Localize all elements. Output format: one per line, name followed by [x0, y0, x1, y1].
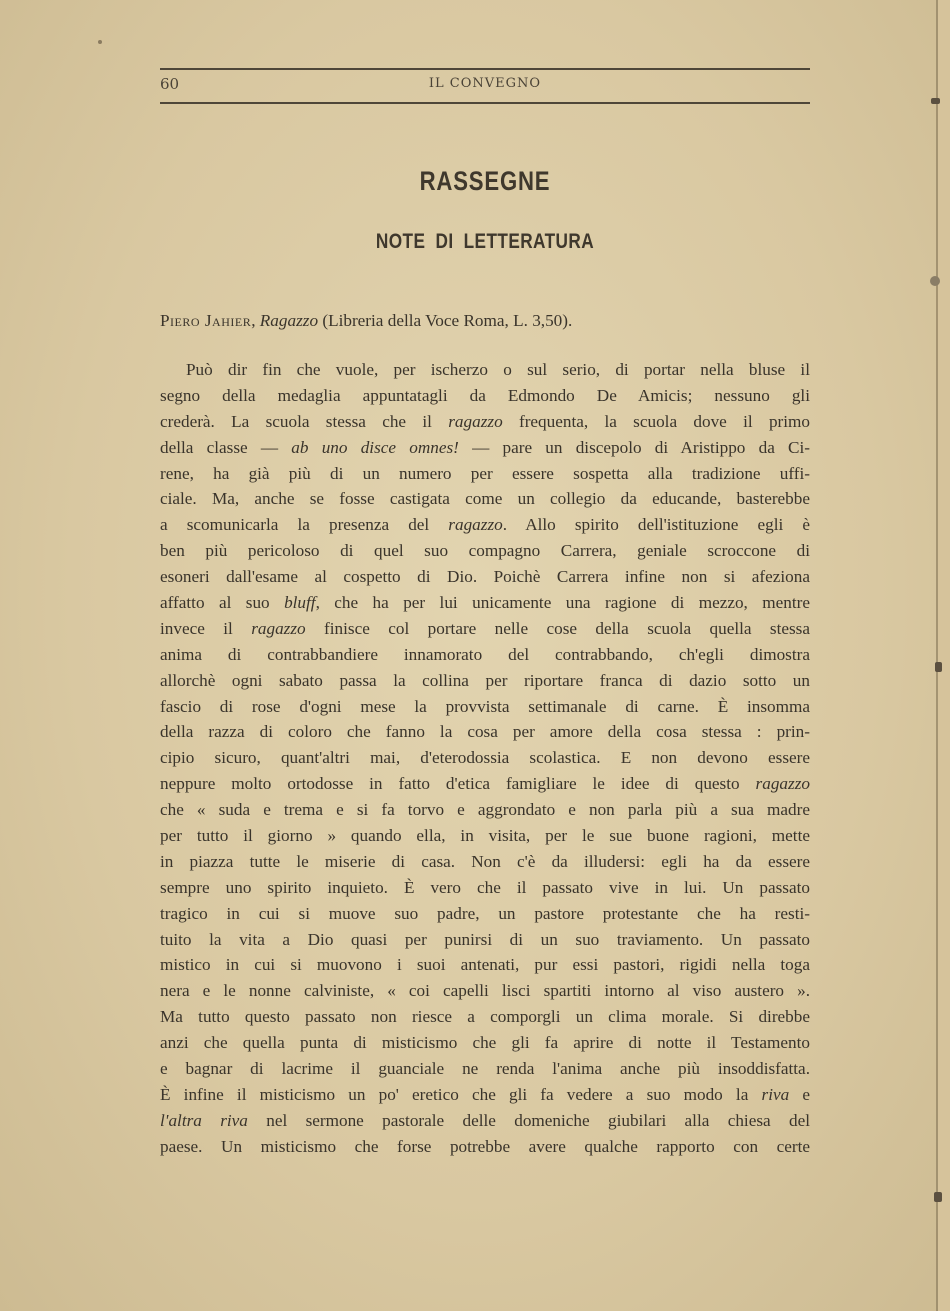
text-run: Ma tutto questo passato non riesce a com… [160, 1007, 810, 1026]
text-line: allorchè ogni sabato passa la collina pe… [160, 668, 810, 694]
text-line: della razza di coloro che fanno la cosa … [160, 719, 810, 745]
text-line: fascio di rose d'ogni mese la provvista … [160, 694, 810, 720]
text-run: , che ha per lui unicamente una ragione … [316, 593, 810, 612]
text-line: tragico in cui si muove suo padre, un pa… [160, 901, 810, 927]
page-edge-line [936, 0, 938, 1311]
text-run: affatto al suo [160, 593, 284, 612]
text-run: della razza di coloro che fanno la cosa … [160, 722, 810, 741]
text-run: tragico in cui si muove suo padre, un pa… [160, 904, 810, 923]
binding-mark [935, 662, 942, 672]
text-line: ben più pericoloso di quel suo compagno … [160, 538, 810, 564]
dust-spot [98, 40, 102, 44]
text-run: frequenta, la scuola dove il primo [503, 412, 810, 431]
text-run: anima di contrabbandiere innamorato del … [160, 645, 810, 664]
book-citation: Piero Jahier, Ragazzo (Libreria della Vo… [160, 311, 810, 331]
citation-author: Piero Jahier [160, 311, 251, 330]
page-edge-shadow [938, 0, 950, 1311]
italic-text: l'altra riva [160, 1111, 248, 1130]
italic-text: ragazzo [448, 412, 502, 431]
text-line: nera e le nonne calviniste, « coi capell… [160, 978, 810, 1004]
text-run: nera e le nonne calviniste, « coi capell… [160, 981, 810, 1000]
text-run: . Allo spirito dell'istituzione egli è [503, 515, 810, 534]
text-run: e [789, 1085, 810, 1104]
text-line: mistico in cui si muovono i suoi antenat… [160, 952, 810, 978]
text-run: sempre uno spirito inquieto. È vero che … [160, 878, 810, 897]
text-run: segno della medaglia appuntatagli da Edm… [160, 386, 810, 405]
scanned-page: 60 IL CONVEGNO RASSEGNE NOTE DI LETTERAT… [0, 0, 950, 1311]
top-rule [160, 68, 810, 70]
text-line: che « suda e trema e si fa torvo e aggro… [160, 797, 810, 823]
text-run: nel sermone pastorale delle domeniche gi… [248, 1111, 810, 1130]
text-run: paese. Un misticismo che forse potrebbe … [160, 1137, 810, 1156]
text-line: affatto al suo bluff, che ha per lui uni… [160, 590, 810, 616]
text-line: neppure molto ortodosse in fatto d'etica… [160, 771, 810, 797]
text-run: anzi che quella punta di misticismo che … [160, 1033, 810, 1052]
italic-text: riva [762, 1085, 790, 1104]
text-run: Può dir fin che vuole, per ischerzo o su… [186, 360, 810, 379]
text-run: — pare un discepolo di Aristippo da Ci- [459, 438, 810, 457]
text-line: tuito la vita a Dio quasi per punirsi di… [160, 927, 810, 953]
text-line: segno della medaglia appuntatagli da Edm… [160, 383, 810, 409]
text-line: esoneri dall'esame al cospetto di Dio. P… [160, 564, 810, 590]
italic-text: ragazzo [251, 619, 305, 638]
text-line: della classe — ab uno disce omnes! — par… [160, 435, 810, 461]
citation-title: Ragazzo [260, 311, 318, 330]
italic-text: ragazzo [448, 515, 502, 534]
journal-name: IL CONVEGNO [160, 76, 810, 91]
text-run: neppure molto ortodosse in fatto d'etica… [160, 774, 756, 793]
text-line: rene, ha già più di un numero per essere… [160, 461, 810, 487]
text-run: rene, ha già più di un numero per essere… [160, 464, 810, 483]
text-line: anzi che quella punta di misticismo che … [160, 1030, 810, 1056]
running-head: 60 IL CONVEGNO [160, 75, 810, 97]
text-line: in piazza tutte le miserie di casa. Non … [160, 849, 810, 875]
text-run: ben più pericoloso di quel suo compagno … [160, 541, 810, 560]
text-run: e bagnar di lacrime il guanciale ne rend… [160, 1059, 810, 1078]
text-run: esoneri dall'esame al cospetto di Dio. P… [160, 567, 810, 586]
text-run: tuito la vita a Dio quasi per punirsi di… [160, 930, 810, 949]
text-line: a scomunicarla la presenza del ragazzo. … [160, 512, 810, 538]
text-line: anima di contrabbandiere innamorato del … [160, 642, 810, 668]
text-run: allorchè ogni sabato passa la collina pe… [160, 671, 810, 690]
text-line: Ma tutto questo passato non riesce a com… [160, 1004, 810, 1030]
text-run: della classe — [160, 438, 291, 457]
text-line: crederà. La scuola stessa che il ragazzo… [160, 409, 810, 435]
text-line: È infine il misticismo un po' eretico ch… [160, 1082, 810, 1108]
text-run: È infine il misticismo un po' eretico ch… [160, 1085, 762, 1104]
text-run: finisce col portare nelle cose della scu… [306, 619, 810, 638]
italic-text: ragazzo [756, 774, 810, 793]
text-run: ciale. Ma, anche se fosse castigata come… [160, 489, 810, 508]
text-line: l'altra riva nel sermone pastorale delle… [160, 1108, 810, 1134]
text-line: paese. Un misticismo che forse potrebbe … [160, 1134, 810, 1160]
bottom-rule [160, 102, 810, 104]
text-line: invece il ragazzo finisce col portare ne… [160, 616, 810, 642]
text-run: per tutto il giorno » quando ella, in vi… [160, 826, 810, 845]
text-line: cipio sicuro, quant'altri mai, d'eterodo… [160, 745, 810, 771]
binding-mark [931, 98, 940, 104]
text-run: invece il [160, 619, 251, 638]
text-line: per tutto il giorno » quando ella, in vi… [160, 823, 810, 849]
citation-separator: , [251, 311, 260, 330]
citation-details: (Libreria della Voce Roma, L. 3,50). [318, 311, 572, 330]
text-run: cipio sicuro, quant'altri mai, d'eterodo… [160, 748, 810, 767]
binding-mark [930, 276, 940, 286]
binding-mark [934, 1192, 942, 1202]
text-run: mistico in cui si muovono i suoi antenat… [160, 955, 810, 974]
text-run: fascio di rose d'ogni mese la provvista … [160, 697, 810, 716]
text-run: crederà. La scuola stessa che il [160, 412, 448, 431]
subsection-title: NOTE DI LETTERATURA [219, 230, 752, 254]
text-line: e bagnar di lacrime il guanciale ne rend… [160, 1056, 810, 1082]
italic-text: bluff [284, 593, 316, 612]
section-title: RASSEGNE [219, 166, 752, 197]
text-run: che « suda e trema e si fa torvo e aggro… [160, 800, 810, 819]
text-run: a scomunicarla la presenza del [160, 515, 448, 534]
review-body: Può dir fin che vuole, per ischerzo o su… [160, 357, 810, 1160]
text-run: in piazza tutte le miserie di casa. Non … [160, 852, 810, 871]
text-line: ciale. Ma, anche se fosse castigata come… [160, 486, 810, 512]
text-line: sempre uno spirito inquieto. È vero che … [160, 875, 810, 901]
text-line: Può dir fin che vuole, per ischerzo o su… [160, 357, 810, 383]
italic-text: ab uno disce omnes! [291, 438, 459, 457]
